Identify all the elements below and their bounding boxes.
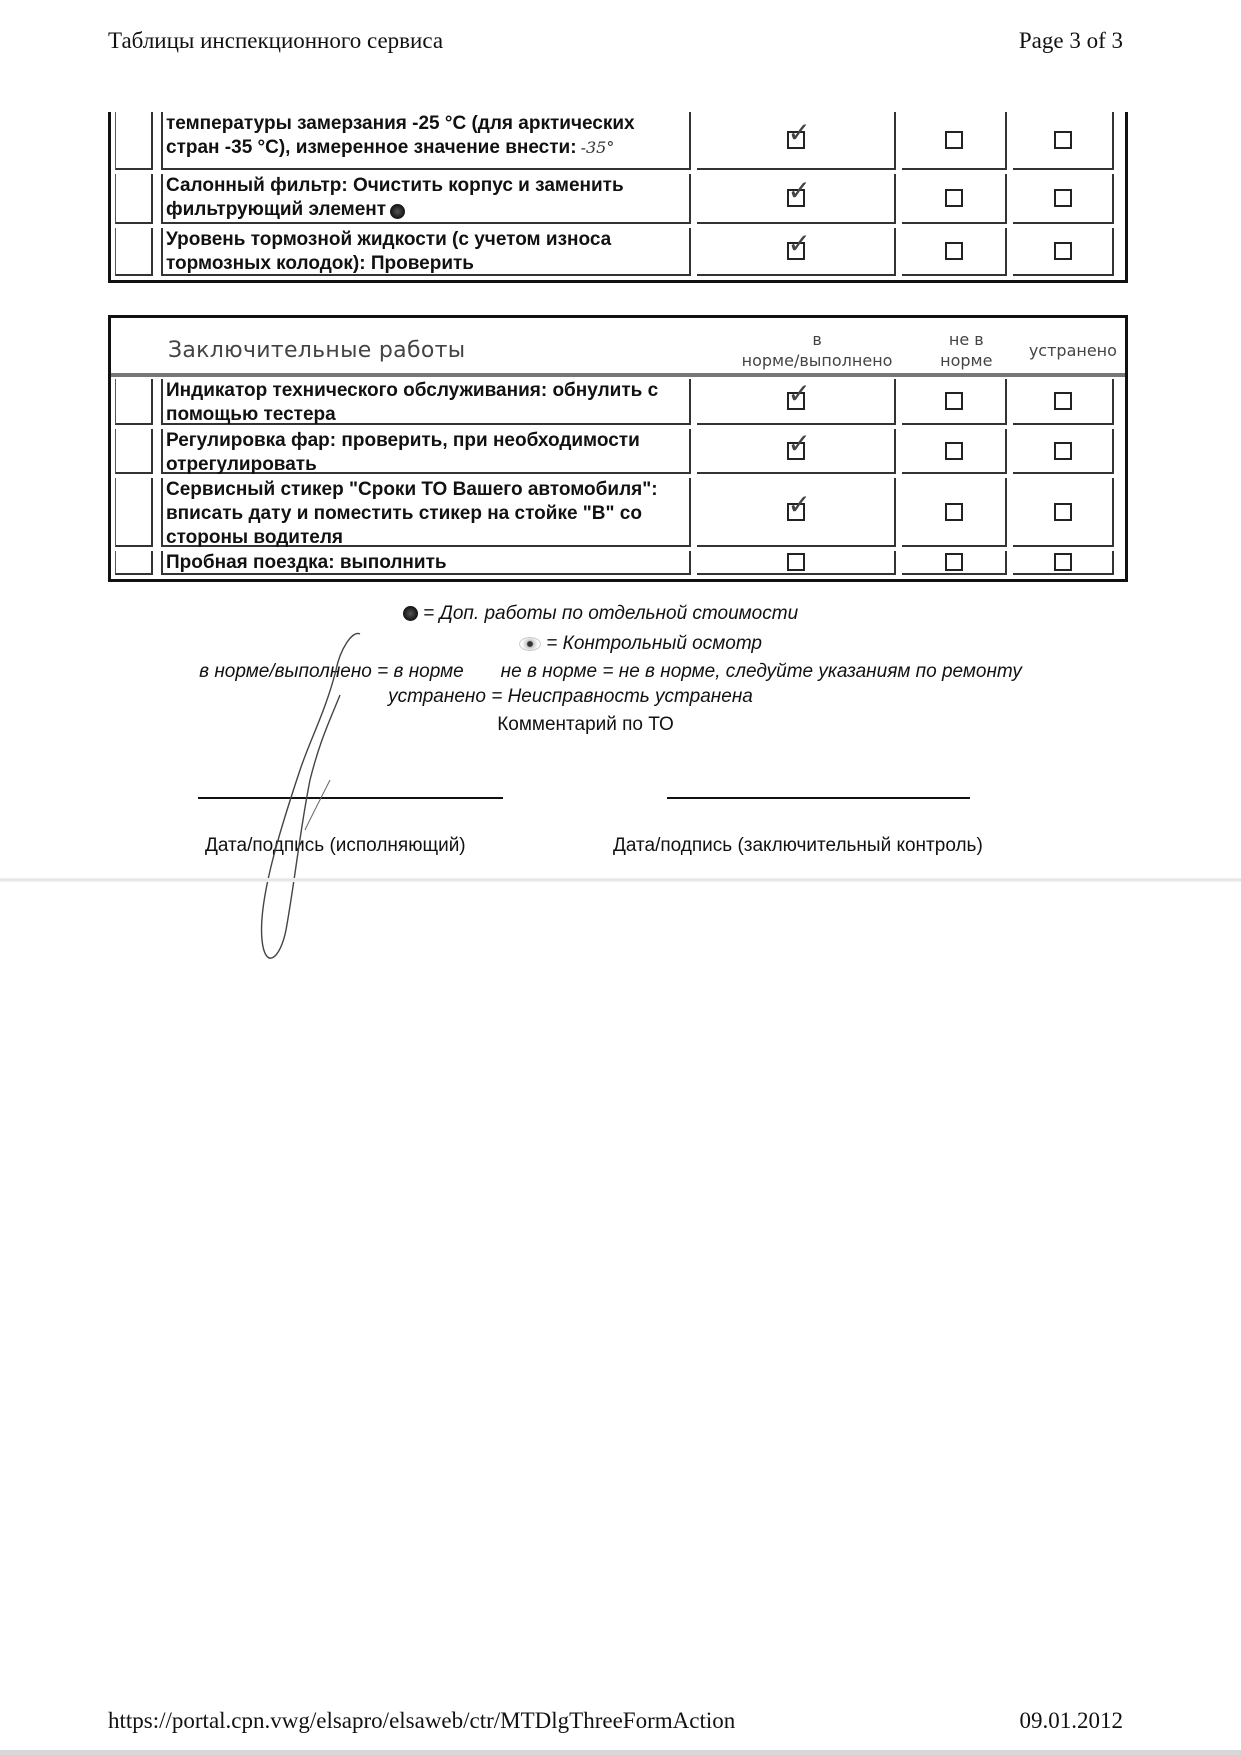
task-text: Индикатор технического обслуживания: обн… xyxy=(166,380,658,425)
row-spacer xyxy=(115,551,153,575)
status-not-ok-cell xyxy=(902,429,1007,474)
page-number: Page 3 of 3 xyxy=(1019,28,1123,54)
task-cell: Пробная поездка: выполнить xyxy=(161,551,691,575)
row-spacer xyxy=(115,429,153,474)
signature-line-final-control xyxy=(667,797,970,799)
signature-label-final-control: Дата/подпись (заключительный контроль) xyxy=(613,835,983,857)
checkbox-ok[interactable] xyxy=(787,553,805,571)
status-fixed-cell xyxy=(1013,228,1114,276)
legend-status-definitions: в норме/выполнено = в норме не в норме =… xyxy=(0,661,1231,683)
table-row: Салонный фильтр: Очистить корпус и замен… xyxy=(111,174,1125,228)
status-fixed-cell xyxy=(1013,112,1114,170)
status-ok-cell: ✓ xyxy=(697,112,896,170)
task-cell: температуры замерзания -25 °C (для аркти… xyxy=(161,112,691,170)
checkbox-not-ok[interactable] xyxy=(945,392,963,410)
task-text: Сервисный стикер "Сроки ТО Вашего автомо… xyxy=(166,479,658,548)
task-cell: Салонный фильтр: Очистить корпус и замен… xyxy=(161,174,691,224)
checkmark-icon: ✓ xyxy=(788,491,811,519)
table-row: Пробная поездка: выполнить xyxy=(111,551,1125,579)
checkmark-icon: ✓ xyxy=(788,430,811,458)
status-not-ok-cell xyxy=(902,551,1007,575)
column-header-not-ok-line1: не в xyxy=(912,329,1021,350)
checkbox-not-ok[interactable] xyxy=(945,553,963,571)
legend-inspection: = Контрольный осмотр xyxy=(20,633,1241,655)
row-spacer xyxy=(115,112,153,170)
column-header-fixed: устранено xyxy=(1021,340,1125,373)
checkbox-not-ok[interactable] xyxy=(945,242,963,260)
task-cell: Индикатор технического обслуживания: обн… xyxy=(161,379,691,425)
column-header-ok-line2: норме/выполнено xyxy=(722,350,912,371)
checkbox-ok[interactable]: ✓ xyxy=(787,189,805,207)
task-cell: Регулировка фар: проверить, при необходи… xyxy=(161,429,691,474)
column-header-ok: в норме/выполнено xyxy=(722,329,912,373)
extra-cost-icon xyxy=(390,204,405,219)
checkmark-icon: ✓ xyxy=(788,380,811,408)
checkbox-fixed[interactable] xyxy=(1054,442,1072,460)
checkbox-fixed[interactable] xyxy=(1054,392,1072,410)
table-row: Сервисный стикер "Сроки ТО Вашего автомо… xyxy=(111,478,1125,551)
document-title: Таблицы инспекционного сервиса xyxy=(108,28,443,54)
status-not-ok-cell xyxy=(902,174,1007,224)
column-header-not-ok: не в норме xyxy=(912,329,1021,373)
status-fixed-cell xyxy=(1013,551,1114,575)
status-not-ok-cell xyxy=(902,379,1007,425)
inspection-table-continued: температуры замерзания -25 °C (для аркти… xyxy=(108,112,1128,283)
handwritten-value: -35° xyxy=(581,138,615,157)
task-text: Пробная поездка: выполнить xyxy=(166,552,447,573)
status-ok-cell: ✓ xyxy=(697,379,896,425)
legend-not-ok-definition: не в норме = не в норме, следуйте указан… xyxy=(501,661,1022,682)
checkmark-icon: ✓ xyxy=(788,119,811,147)
column-header-not-ok-line2: норме xyxy=(912,350,1021,371)
table-row: Уровень тормозной жидкости (с учетом изн… xyxy=(111,228,1125,280)
checkbox-fixed[interactable] xyxy=(1054,503,1072,521)
status-fixed-cell xyxy=(1013,429,1114,474)
status-ok-cell: ✓ xyxy=(697,478,896,547)
checkbox-fixed[interactable] xyxy=(1054,242,1072,260)
eye-icon xyxy=(519,637,541,651)
checkbox-fixed[interactable] xyxy=(1054,131,1072,149)
status-not-ok-cell xyxy=(902,228,1007,276)
checkbox-not-ok[interactable] xyxy=(945,503,963,521)
legend-fixed-definition: устранено = Неисправность устранена xyxy=(0,686,1191,708)
checkbox-ok[interactable]: ✓ xyxy=(787,392,805,410)
legend-extra-cost-text: = Доп. работы по отдельной стоимости xyxy=(423,603,798,624)
row-spacer xyxy=(115,379,153,425)
legend-extra-cost: = Доп. работы по отдельной стоимости xyxy=(0,603,1221,625)
extra-cost-icon xyxy=(403,606,418,621)
status-ok-cell: ✓ xyxy=(697,429,896,474)
status-ok-cell: ✓ xyxy=(697,228,896,276)
checkbox-ok[interactable]: ✓ xyxy=(787,503,805,521)
task-text: температуры замерзания -25 °C (для аркти… xyxy=(166,113,635,158)
status-ok-cell xyxy=(697,551,896,575)
footer-date: 09.01.2012 xyxy=(1020,1708,1124,1734)
status-not-ok-cell xyxy=(902,478,1007,547)
status-ok-cell: ✓ xyxy=(697,174,896,224)
paper-fold xyxy=(0,878,1241,882)
checkbox-ok[interactable]: ✓ xyxy=(787,242,805,260)
task-text: Уровень тормозной жидкости (с учетом изн… xyxy=(166,229,611,274)
legend-inspection-text: = Контрольный осмотр xyxy=(546,633,762,654)
task-cell: Уровень тормозной жидкости (с учетом изн… xyxy=(161,228,691,276)
section-title: Заключительные работы xyxy=(111,338,722,373)
checkbox-not-ok[interactable] xyxy=(945,442,963,460)
table-row: Индикатор технического обслуживания: обн… xyxy=(111,379,1125,429)
checkbox-not-ok[interactable] xyxy=(945,131,963,149)
final-works-table: Заключительные работы в норме/выполнено … xyxy=(108,315,1128,582)
signature-label-executor: Дата/подпись (исполняющий) xyxy=(205,835,466,857)
signature-line-executor xyxy=(198,797,503,799)
row-spacer xyxy=(115,478,153,547)
table-row: Регулировка фар: проверить, при необходи… xyxy=(111,429,1125,478)
status-fixed-cell xyxy=(1013,478,1114,547)
checkbox-ok[interactable]: ✓ xyxy=(787,442,805,460)
task-text: Регулировка фар: проверить, при необходи… xyxy=(166,430,640,475)
legend-ok-definition: в норме/выполнено = в норме xyxy=(199,661,464,682)
checkbox-ok[interactable]: ✓ xyxy=(787,131,805,149)
table-row: температуры замерзания -25 °C (для аркти… xyxy=(111,112,1125,174)
comment-label: Комментарий по ТО xyxy=(0,714,1206,736)
checkmark-icon: ✓ xyxy=(788,230,811,258)
column-header-ok-line1: в xyxy=(722,329,912,350)
checkbox-fixed[interactable] xyxy=(1054,189,1072,207)
row-spacer xyxy=(115,174,153,224)
checkbox-fixed[interactable] xyxy=(1054,553,1072,571)
checkbox-not-ok[interactable] xyxy=(945,189,963,207)
checkmark-icon: ✓ xyxy=(788,177,811,205)
status-fixed-cell xyxy=(1013,379,1114,425)
task-cell: Сервисный стикер "Сроки ТО Вашего автомо… xyxy=(161,478,691,547)
footer-url: https://portal.cpn.vwg/elsapro/elsaweb/c… xyxy=(108,1708,735,1734)
page-edge xyxy=(0,1750,1241,1755)
status-fixed-cell xyxy=(1013,174,1114,224)
section-header: Заключительные работы в норме/выполнено … xyxy=(111,318,1125,377)
status-not-ok-cell xyxy=(902,112,1007,170)
row-spacer xyxy=(115,228,153,276)
